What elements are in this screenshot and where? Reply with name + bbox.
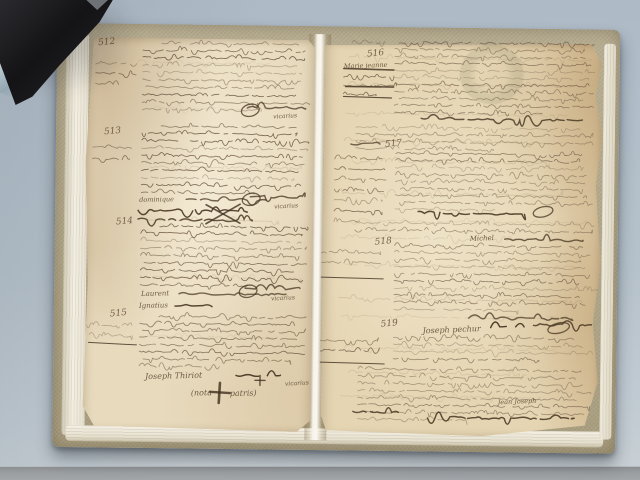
legible-fragment: Michel <box>470 234 495 243</box>
legible-fragment: dominique <box>139 195 174 204</box>
entry-number-518: 518 <box>374 236 392 248</box>
legible-fragment: vicarius <box>273 112 297 120</box>
legible-fragment: Jean Joseph <box>498 397 537 407</box>
entry-number-515: 515 <box>109 308 127 320</box>
entry-number-514: 514 <box>116 216 134 228</box>
photo-stage: vicariusvicariusvicariusvicariusJoseph T… <box>0 0 640 480</box>
legible-fragment: vicarius <box>274 202 298 210</box>
legible-fragment: Joseph Thiriot <box>145 371 202 381</box>
entry-number-519: 519 <box>380 318 398 330</box>
entry-number-513: 513 <box>104 126 122 138</box>
legible-fragment: patris) <box>230 388 257 398</box>
legible-fragment: Marie jeanne <box>344 61 388 71</box>
entry-number-517: 517 <box>384 138 402 150</box>
table-edge-strip <box>0 466 640 480</box>
legible-fragment: Laurent <box>141 289 169 298</box>
legible-fragment: (nota <box>191 388 212 397</box>
legible-fragment: vicarius <box>271 294 295 302</box>
entry-number-516: 516 <box>367 48 385 60</box>
legible-fragment: Joseph pechur <box>422 324 480 335</box>
legible-fragment: vicarius <box>285 379 309 387</box>
legible-fragment: Ignatius <box>139 301 168 310</box>
